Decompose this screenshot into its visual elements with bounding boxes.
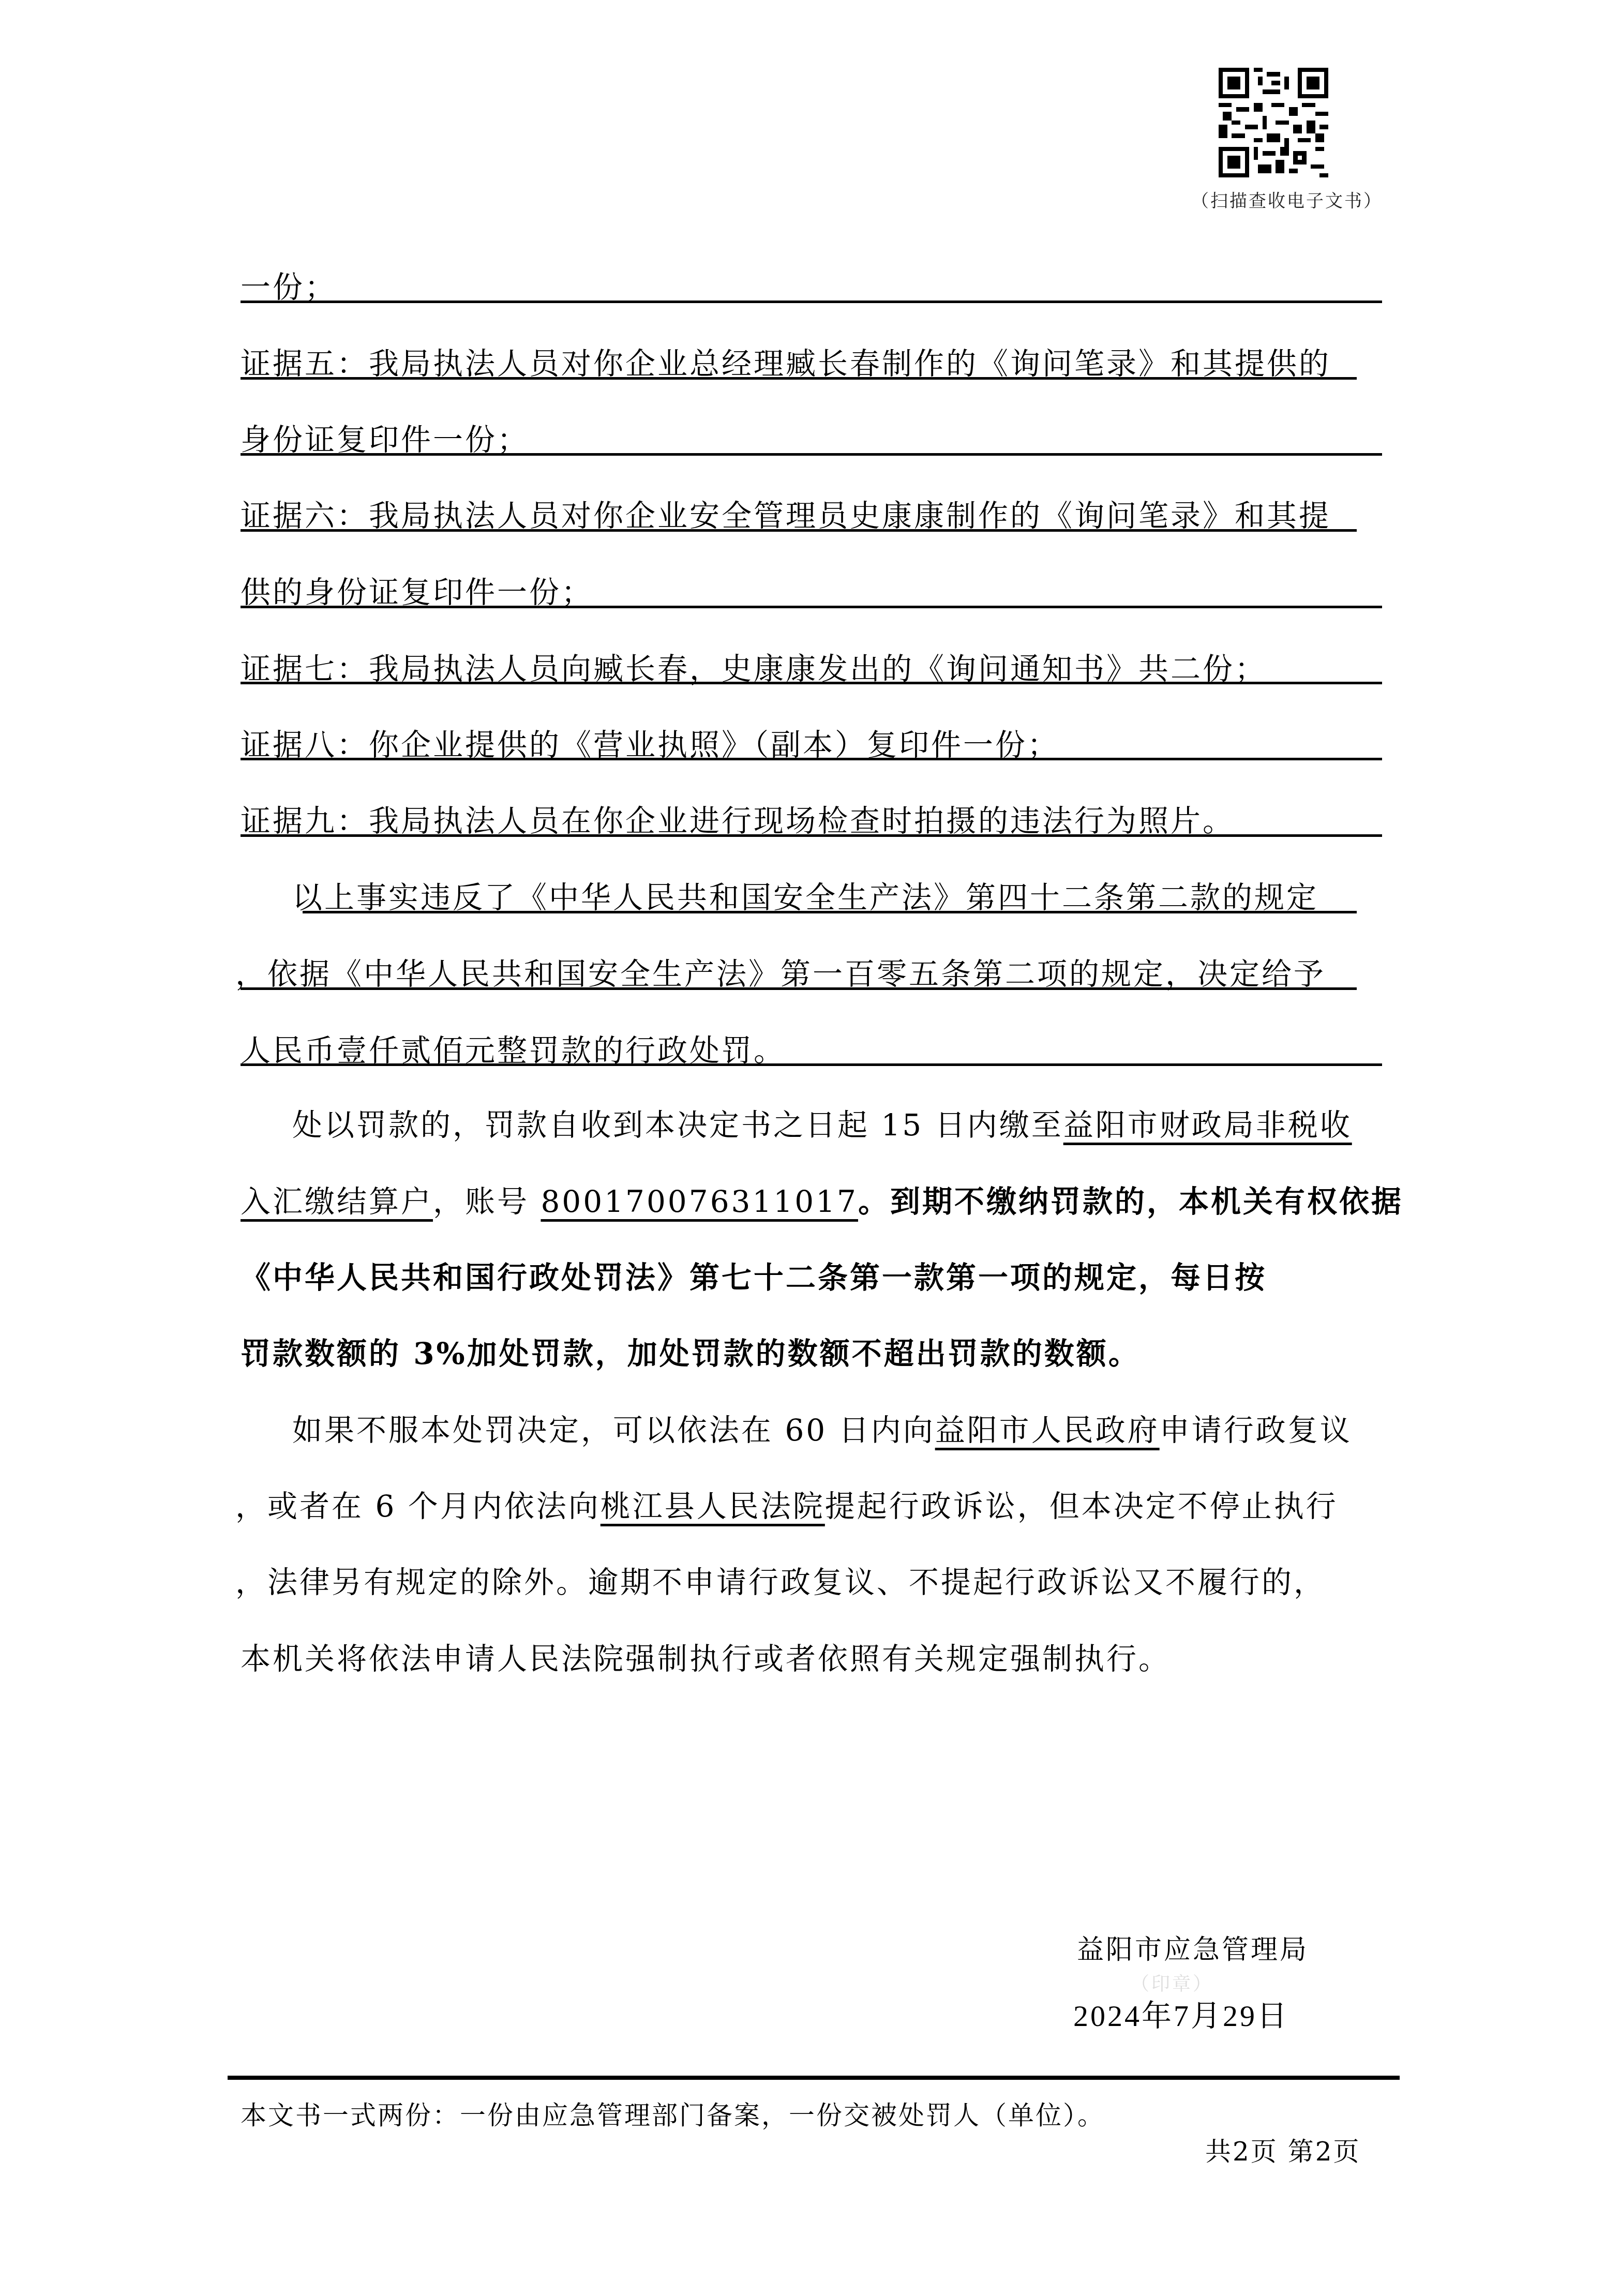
qr-caption: （扫描查收电子文书） (1191, 187, 1377, 212)
appeal-line-4: 本机关将依法申请人民法院强制执行或者依照有关规定强制执行。 (241, 1641, 1171, 1677)
evidence-line: 证据六：我局执法人员对你企业安全管理员史康康制作的《询问笔录》和其提 (241, 498, 1331, 534)
payment-text: 处以罚款的，罚款自收到本决定书之日起 15 日内缴至 (292, 1107, 1063, 1143)
page-info: 共2页 第2页 (1205, 2131, 1361, 2168)
payment-text: ，账号 (433, 1184, 541, 1219)
decision-line: 以上事实违反了《中华人民共和国安全生产法》第四十二条第二款的规定 (292, 879, 1318, 916)
evidence-line: 证据五：我局执法人员对你企业总经理臧长春制作的《询问笔录》和其提供的 (241, 346, 1331, 382)
underline-rule (241, 529, 1357, 532)
issue-date: 2024年7月29日 (1073, 1991, 1289, 2035)
appeal-line-3: ，法律另有规定的除外。逾期不申请行政复议、不提起行政诉讼又不履行的， (235, 1564, 1326, 1600)
payment-line-4: 罚款数额的 3%加处罚款，加处罚款的数额不超出罚款的数额。 (241, 1335, 1141, 1372)
evidence-line: 证据九：我局执法人员在你企业进行现场检查时拍摄的违法行为照片。 (241, 803, 1235, 839)
late-rate: 3% (413, 1336, 467, 1371)
underline-rule (241, 1063, 1382, 1066)
account-name: 益阳市财政局非税收 (1063, 1107, 1352, 1143)
evidence-line: 供的身份证复印件一份； (241, 574, 593, 610)
appeal-text: 申请行政复议 (1160, 1413, 1352, 1448)
underline-rule (241, 377, 1357, 380)
underline-rule (303, 911, 1357, 913)
payment-line-1: 处以罚款的，罚款自收到本决定书之日起 15 日内缴至益阳市财政局非税收 (292, 1107, 1352, 1143)
underline-rule (241, 682, 1382, 684)
review-body: 益阳市人民政府 (935, 1413, 1160, 1448)
decision-line: ，依据《中华人民共和国安全生产法》第一百零五条第二项的规定，决定给予 (235, 956, 1326, 992)
payment-text: 罚款数额的 (241, 1336, 413, 1371)
payment-line-3: 《中华人民共和国行政处罚法》第七十二条第一款第一项的规定，每日按 (241, 1259, 1267, 1296)
appeal-text: 如果不服本处罚决定，可以依法在 60 日内向 (292, 1413, 935, 1448)
underline-rule (241, 301, 1382, 303)
underline-rule (241, 758, 1382, 760)
footer-rule (228, 2076, 1400, 2080)
appeal-line-1: 如果不服本处罚决定，可以依法在 60 日内向益阳市人民政府申请行政复议 (292, 1412, 1352, 1448)
underline-rule (241, 987, 1357, 990)
evidence-line: 身份证复印件一份； (241, 422, 529, 458)
payment-line-2: 入汇缴结算户，账号 800170076311017。到期不缴纳罚款的，本机关有权… (241, 1183, 1403, 1220)
qr-code-icon (1216, 68, 1331, 177)
payment-text: 加处罚款，加处罚款的数额不超出罚款的数额。 (467, 1336, 1141, 1371)
underline-rule (241, 453, 1382, 456)
account-name: 入汇缴结算户 (241, 1184, 433, 1219)
underline-rule (241, 606, 1382, 608)
underline-rule (241, 834, 1382, 837)
appeal-line-2: ，或者在 6 个月内依法向桃江县人民法院提起行政诉讼，但本决定不停止执行 (235, 1488, 1338, 1524)
issuer-name: 益阳市应急管理局 (1077, 1928, 1309, 1967)
payment-text: 。到期不缴纳罚款的，本机关有权依据 (858, 1184, 1403, 1219)
footer-note: 本文书一式两份：一份由应急管理部门备案，一份交被处罚人（单位）。 (241, 2095, 1105, 2132)
evidence-line: 一份； (241, 269, 337, 305)
account-number: 800170076311017 (541, 1184, 858, 1219)
appeal-text: ，或者在 6 个月内依法向 (235, 1489, 601, 1524)
appeal-text: 提起行政诉讼，但本决定不停止执行 (825, 1489, 1338, 1524)
court-name: 桃江县人民法院 (601, 1489, 825, 1524)
